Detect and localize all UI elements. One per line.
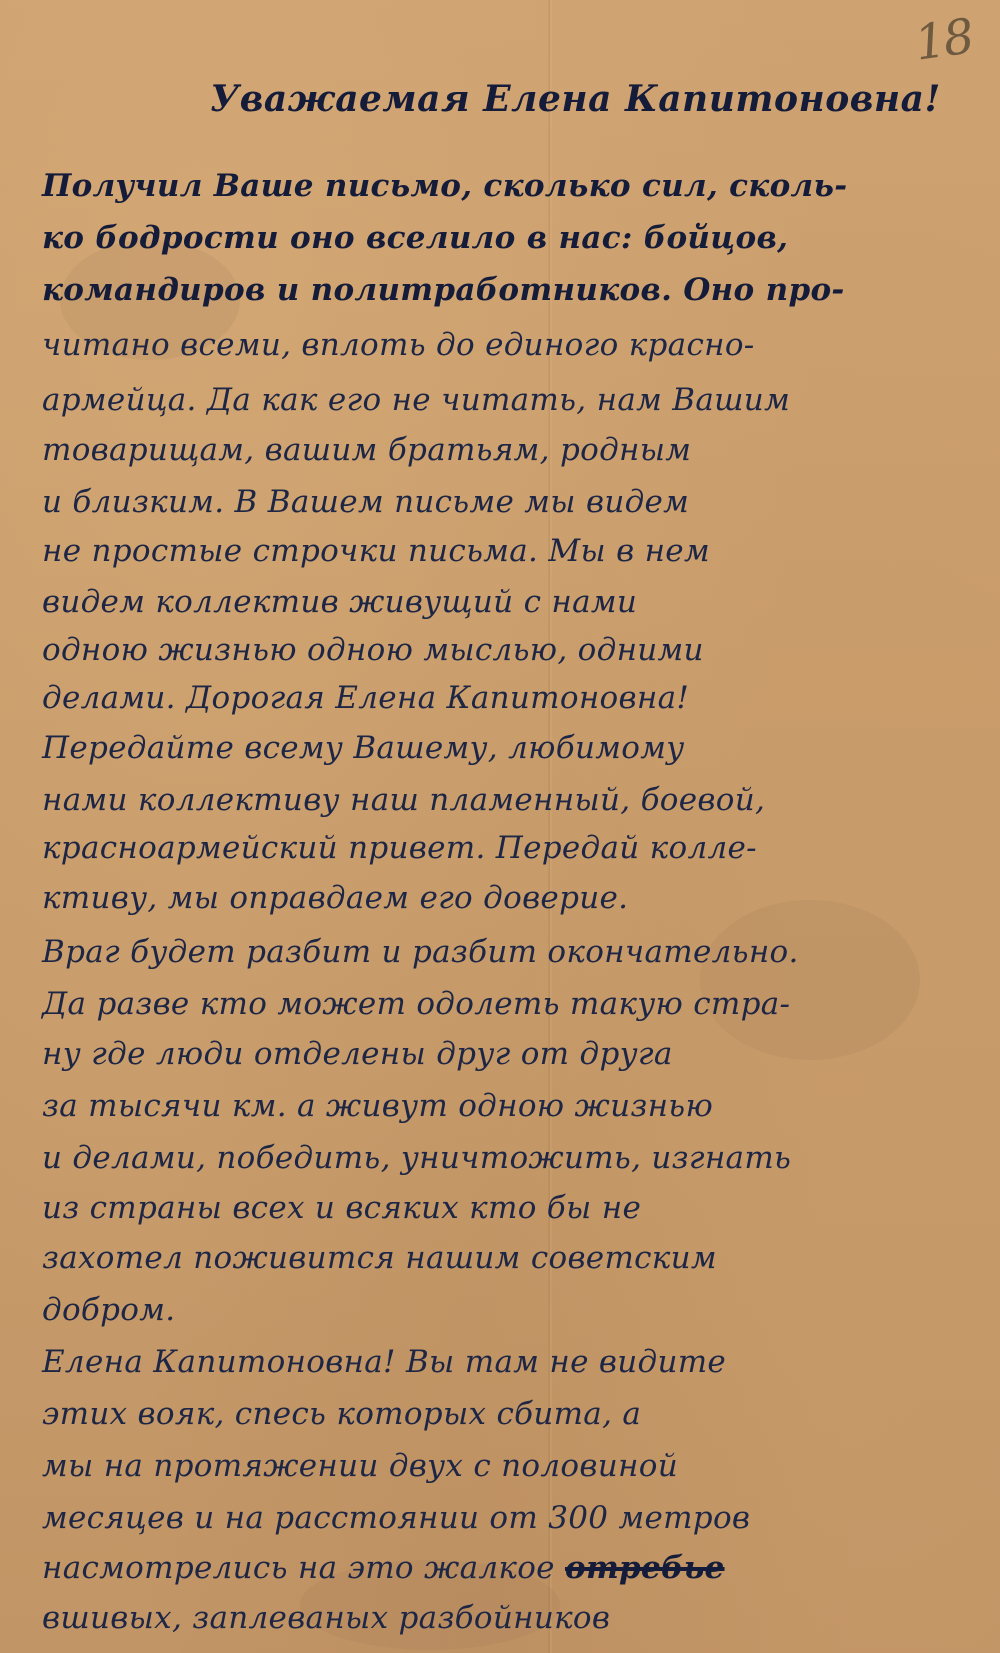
letter-line: ну где люди отделены друг от друга bbox=[42, 1036, 673, 1072]
letter-line: Враг будет разбит и разбит окончательно. bbox=[42, 934, 799, 970]
letter-line: читано всеми, вплоть до единого красно- bbox=[42, 327, 755, 363]
letter-line: армейца. Да как его не читать, нам Вашим bbox=[42, 382, 790, 418]
letter-line: Да разве кто может одолеть такую стра- bbox=[42, 986, 790, 1022]
letter-page: 18 Уважаемая Елена Капитоновна! Получил … bbox=[0, 0, 1000, 1653]
archive-page-number: 18 bbox=[911, 8, 975, 71]
letter-line: этих вояк, спесь которых сбита, а bbox=[42, 1396, 641, 1432]
letter-line: делами. Дорогая Елена Капитоновна! bbox=[42, 680, 689, 716]
letter-line: Получил Ваше письмо, сколько сил, сколь- bbox=[42, 168, 847, 204]
letter-line: командиров и политработников. Оно про- bbox=[42, 272, 845, 308]
letter-salutation: Уважаемая Елена Капитоновна! bbox=[210, 78, 941, 120]
letter-line: красноармейский привет. Передай колле- bbox=[42, 830, 757, 866]
letter-line: и близким. В Вашем письме мы видем bbox=[42, 484, 689, 520]
letter-line: не простые строчки письма. Мы в нем bbox=[42, 533, 710, 569]
letter-line: видем коллектив живущий с нами bbox=[42, 584, 637, 620]
letter-line: ктиву, мы оправдаем его доверие. bbox=[42, 880, 628, 916]
letter-line: и делами, победить, уничтожить, изгнать bbox=[42, 1140, 791, 1176]
letter-line: мы на протяжении двух с половиной bbox=[42, 1448, 678, 1484]
letter-line: одною жизнью одною мыслью, одними bbox=[42, 632, 704, 668]
letter-line: насмотрелись на это жалкое отребье bbox=[42, 1550, 725, 1586]
letter-line: за тысячи км. а живут одною жизнью bbox=[42, 1088, 713, 1124]
letter-line: товарищам, вашим братьям, родным bbox=[42, 432, 691, 468]
letter-line: нами коллективу наш пламенный, боевой, bbox=[42, 782, 765, 818]
letter-line: вшивых, заплеваных разбойников bbox=[42, 1600, 610, 1636]
letter-line: Елена Капитоновна! Вы там не видите bbox=[42, 1344, 726, 1380]
letter-line: Передайте всему Вашему, любимому bbox=[42, 730, 684, 766]
letter-line: ко бодрости оно вселило в нас: бойцов, bbox=[42, 220, 788, 256]
overwritten-word: отребье bbox=[565, 1550, 725, 1586]
letter-line: добром. bbox=[42, 1292, 175, 1328]
paper-stain bbox=[700, 900, 920, 1060]
letter-line: из страны всех и всяких кто бы не bbox=[42, 1190, 641, 1226]
letter-line: месяцев и на расстоянии от 300 метров bbox=[42, 1500, 750, 1536]
letter-line: захотел поживится нашим советским bbox=[42, 1240, 717, 1276]
